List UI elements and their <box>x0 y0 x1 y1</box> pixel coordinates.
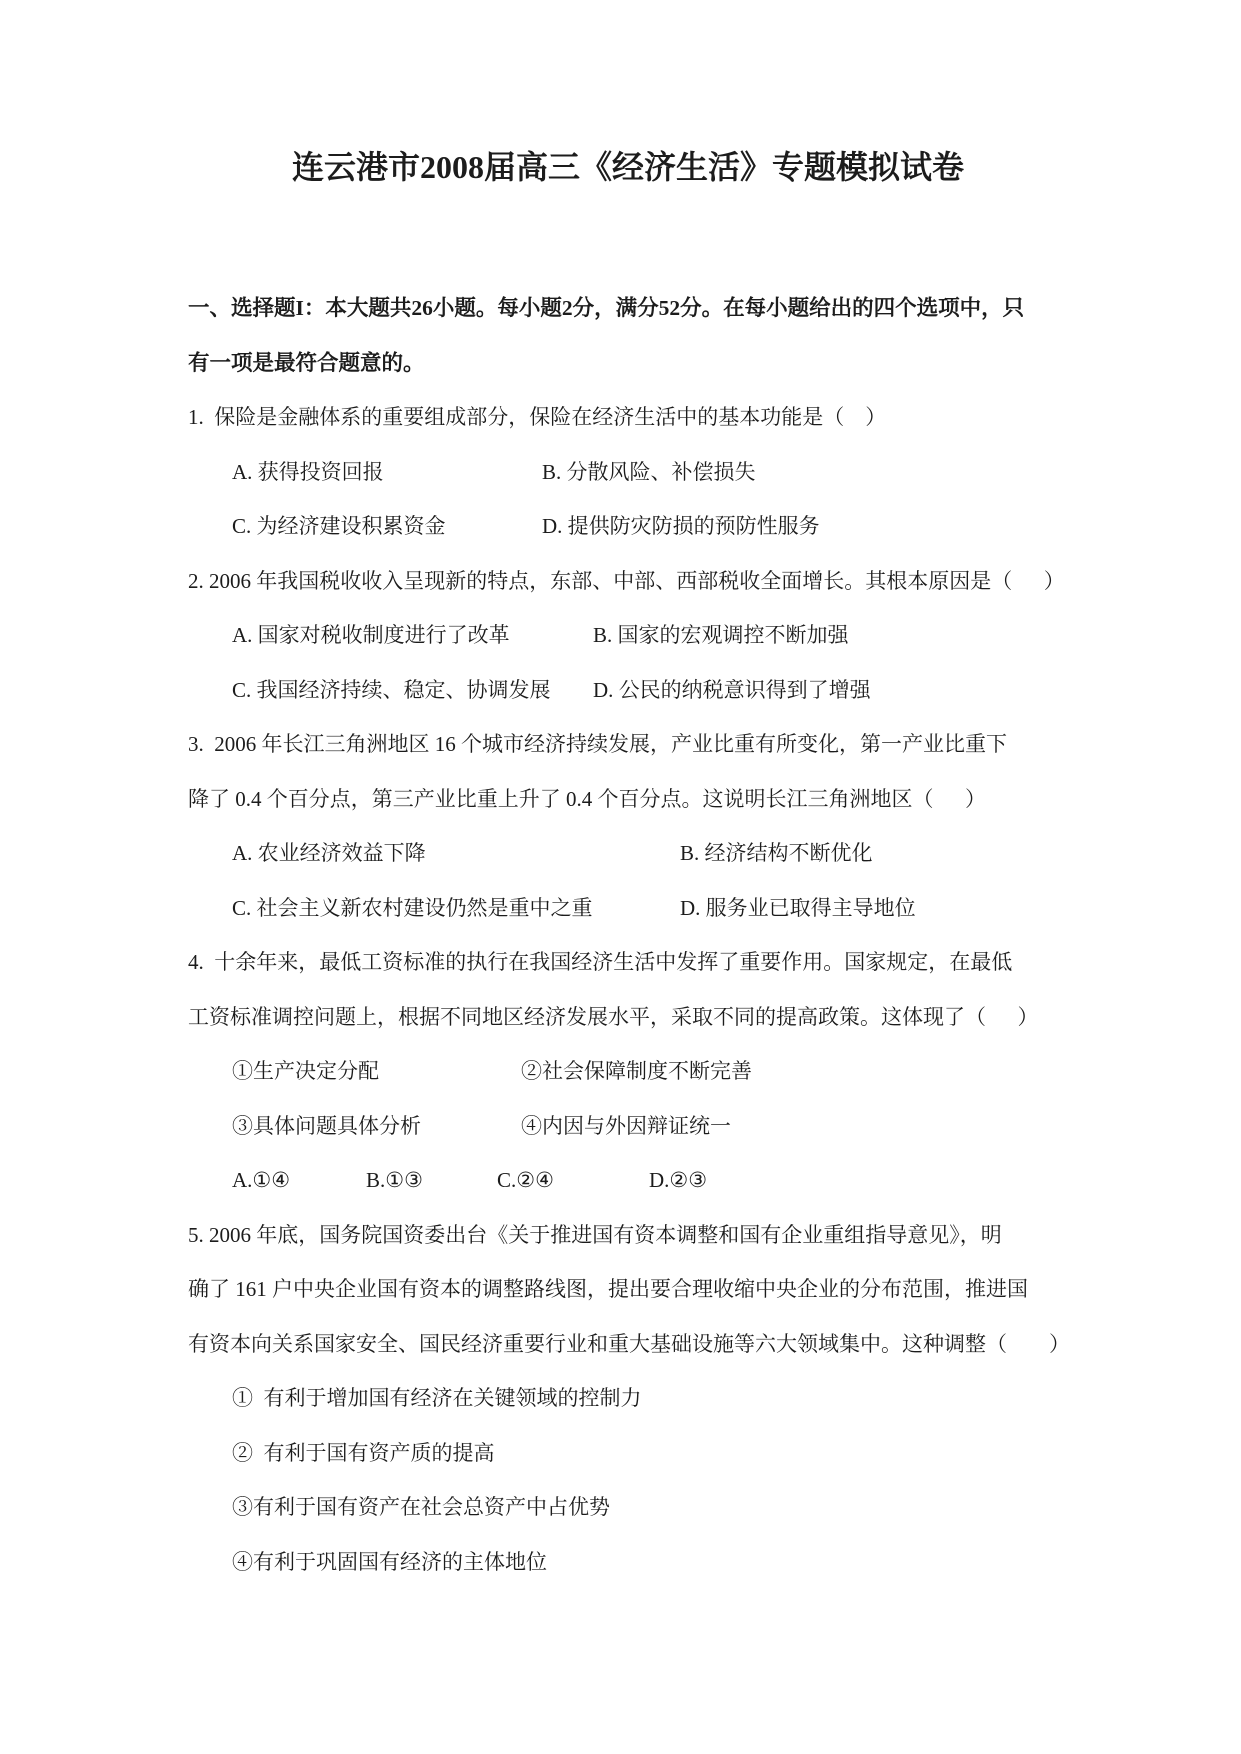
question-5-stem-line-3: 有资本向关系国家安全、国民经济重要行业和重大基础设施等六大领域集中。这种调整（ … <box>188 1317 1091 1372</box>
question-1-option-b: B. 分散风险、补偿损失 <box>542 445 756 500</box>
question-4-item-1: ①生产决定分配 <box>232 1044 521 1099</box>
question-3-option-b: B. 经济结构不断优化 <box>680 826 873 881</box>
question-2-option-a: A. 国家对税收制度进行了改革 <box>232 608 593 663</box>
question-3-option-c: C. 社会主义新农村建设仍然是重中之重 <box>232 881 680 936</box>
question-2-option-d: D. 公民的纳税意识得到了增强 <box>593 663 871 718</box>
question-4-item-2: ②社会保障制度不断完善 <box>521 1044 752 1099</box>
question-1-options-row-2: C. 为经济建设积累资金 D. 提供防灾防损的预防性服务 <box>188 499 1091 554</box>
question-3-option-d: D. 服务业已取得主导地位 <box>680 881 916 936</box>
question-3-options-row-2: C. 社会主义新农村建设仍然是重中之重 D. 服务业已取得主导地位 <box>188 881 1091 936</box>
question-3-options-row-1: A. 农业经济效益下降 B. 经济结构不断优化 <box>188 826 1091 881</box>
question-2-option-b: B. 国家的宏观调控不断加强 <box>593 608 849 663</box>
question-4-items-row-1: ①生产决定分配 ②社会保障制度不断完善 <box>188 1044 1091 1099</box>
section-heading-line-2: 有一项是最符合题意的。 <box>188 336 1091 391</box>
question-4-answer-d: D.②③ <box>649 1153 707 1208</box>
question-5-stem-line-2: 确了 161 户中央企业国有资本的调整路线图，提出要合理收缩中央企业的分布范围，… <box>188 1262 1091 1317</box>
question-1-option-d: D. 提供防灾防损的预防性服务 <box>542 499 820 554</box>
question-4-items-row-2: ③具体问题具体分析 ④内因与外因辩证统一 <box>188 1099 1091 1154</box>
question-5-item-1: ① 有利于增加国有经济在关键领域的控制力 <box>188 1371 1091 1426</box>
exam-paper-page: 连云港市2008届高三《经济生活》专题模拟试卷 一、选择题I：本大题共26小题。… <box>0 0 1241 1754</box>
question-4-answer-c: C.②④ <box>497 1153 649 1208</box>
question-1-option-a: A. 获得投资回报 <box>232 445 542 500</box>
question-1-option-c: C. 为经济建设积累资金 <box>232 499 542 554</box>
question-3-stem-line-2: 降了 0.4 个百分点，第三产业比重上升了 0.4 个百分点。这说明长江三角洲地… <box>188 772 1091 827</box>
question-1-stem: 1. 保险是金融体系的重要组成部分，保险在经济生活中的基本功能是（ ） <box>188 390 1091 445</box>
exam-body: 一、选择题I：本大题共26小题。每小题2分，满分52分。在每小题给出的四个选项中… <box>188 281 1091 1589</box>
question-3-stem-line-1: 3. 2006 年长江三角洲地区 16 个城市经济持续发展，产业比重有所变化，第… <box>188 717 1091 772</box>
question-2-stem: 2. 2006 年我国税收收入呈现新的特点，东部、中部、西部税收全面增长。其根本… <box>188 554 1091 609</box>
question-4-stem-line-1: 4. 十余年来，最低工资标准的执行在我国经济生活中发挥了重要作用。国家规定，在最… <box>188 935 1091 990</box>
question-5-item-1-text: ① 有利于增加国有经济在关键领域的控制力 <box>232 1371 642 1426</box>
question-4-stem-line-2: 工资标准调控问题上，根据不同地区经济发展水平，采取不同的提高政策。这体现了（ ） <box>188 990 1091 1045</box>
question-5-item-3-text: ③有利于国有资产在社会总资产中占优势 <box>232 1480 610 1535</box>
question-4-item-4: ④内因与外因辩证统一 <box>521 1099 731 1154</box>
question-5-item-4: ④有利于巩固国有经济的主体地位 <box>188 1535 1091 1590</box>
question-4-answer-row: A.①④ B.①③ C.②④ D.②③ <box>188 1153 1091 1208</box>
question-5-item-2: ② 有利于国有资产质的提高 <box>188 1426 1091 1481</box>
section-heading-line-1: 一、选择题I：本大题共26小题。每小题2分，满分52分。在每小题给出的四个选项中… <box>188 281 1091 336</box>
question-4-answer-a: A.①④ <box>232 1153 366 1208</box>
question-5-item-4-text: ④有利于巩固国有经济的主体地位 <box>232 1535 547 1590</box>
question-2-options-row-2: C. 我国经济持续、稳定、协调发展 D. 公民的纳税意识得到了增强 <box>188 663 1091 718</box>
question-3-option-a: A. 农业经济效益下降 <box>232 826 680 881</box>
question-5-stem-line-1: 5. 2006 年底，国务院国资委出台《关于推进国有资本调整和国有企业重组指导意… <box>188 1208 1091 1263</box>
question-4-answer-b: B.①③ <box>366 1153 497 1208</box>
question-5-item-3: ③有利于国有资产在社会总资产中占优势 <box>188 1480 1091 1535</box>
question-4-item-3: ③具体问题具体分析 <box>232 1099 521 1154</box>
question-5-item-2-text: ② 有利于国有资产质的提高 <box>232 1426 495 1481</box>
page-title: 连云港市2008届高三《经济生活》专题模拟试卷 <box>188 138 1068 196</box>
question-1-options-row-1: A. 获得投资回报 B. 分散风险、补偿损失 <box>188 445 1091 500</box>
question-2-option-c: C. 我国经济持续、稳定、协调发展 <box>232 663 593 718</box>
question-2-options-row-1: A. 国家对税收制度进行了改革 B. 国家的宏观调控不断加强 <box>188 608 1091 663</box>
